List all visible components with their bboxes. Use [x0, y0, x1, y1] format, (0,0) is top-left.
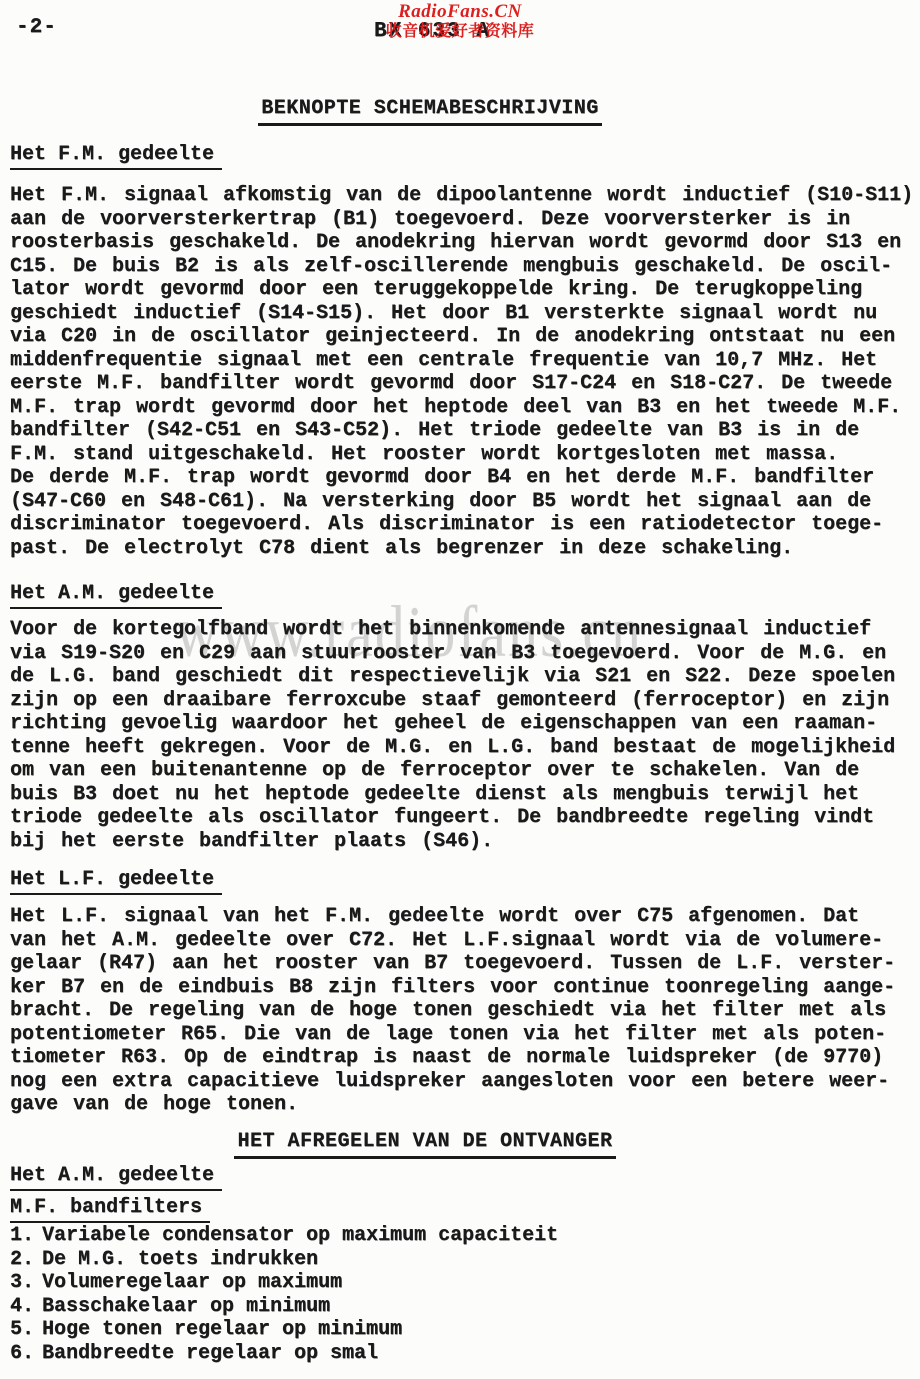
section-body-am: Voor de kortegolfband wordt het binnenko… — [10, 618, 916, 853]
radiofans-chinese-text: 收音机爱好者资料库 — [0, 24, 920, 40]
section-body-lf: Het L.F. signaal van het F.M. gedeelte w… — [10, 905, 916, 1117]
step-text: De M.G. toets indrukken — [42, 1248, 318, 1271]
document-title: BEKNOPTE SCHEMABESCHRIJVING — [0, 97, 860, 126]
adjustment-steps-list: 1.Variabele condensator op maximum capac… — [10, 1224, 916, 1365]
section-heading-fm: Het F.M. gedeelte — [10, 143, 222, 170]
step-text: Variabele condensator op maximum capacit… — [42, 1224, 558, 1247]
section-body-fm: Het F.M. signaal afkomstig van de dipool… — [10, 184, 916, 560]
step-number: 5. — [10, 1318, 42, 1342]
step-item: 2.De M.G. toets indrukken — [10, 1248, 916, 1272]
scanned-document-page: -2- BX 633 A RadioFans.CN 收音机爱好者资料库 www.… — [0, 0, 920, 1379]
step-item: 1.Variabele condensator op maximum capac… — [10, 1224, 916, 1248]
document-title-text: BEKNOPTE SCHEMABESCHRIJVING — [258, 97, 602, 126]
step-item: 6.Bandbreedte regelaar op smal — [10, 1342, 916, 1366]
step-number: 1. — [10, 1224, 42, 1248]
alignment-section-heading-am: Het A.M. gedeelte — [10, 1164, 222, 1191]
step-text: Bandbreedte regelaar op smal — [42, 1342, 378, 1365]
step-text: Hoge tonen regelaar op minimum — [42, 1318, 402, 1341]
alignment-title: HET AFREGELEN VAN DE ONTVANGER — [0, 1130, 850, 1159]
step-item: 4.Basschakelaar op minimum — [10, 1295, 916, 1319]
step-number: 3. — [10, 1271, 42, 1295]
step-number: 2. — [10, 1248, 42, 1272]
section-heading-lf: Het L.F. gedeelte — [10, 868, 222, 895]
step-item: 3.Volumeregelaar op maximum — [10, 1271, 916, 1295]
step-text: Volumeregelaar op maximum — [42, 1271, 342, 1294]
alignment-subsection-heading-mf: M.F. bandfilters — [10, 1196, 210, 1223]
radiofans-watermark: RadioFans.CN 收音机爱好者资料库 — [0, 2, 920, 40]
step-number: 6. — [10, 1342, 42, 1366]
radiofans-brand-text: RadioFans.CN — [0, 2, 920, 21]
step-item: 5.Hoge tonen regelaar op minimum — [10, 1318, 916, 1342]
step-text: Basschakelaar op minimum — [42, 1295, 330, 1318]
step-number: 4. — [10, 1295, 42, 1319]
